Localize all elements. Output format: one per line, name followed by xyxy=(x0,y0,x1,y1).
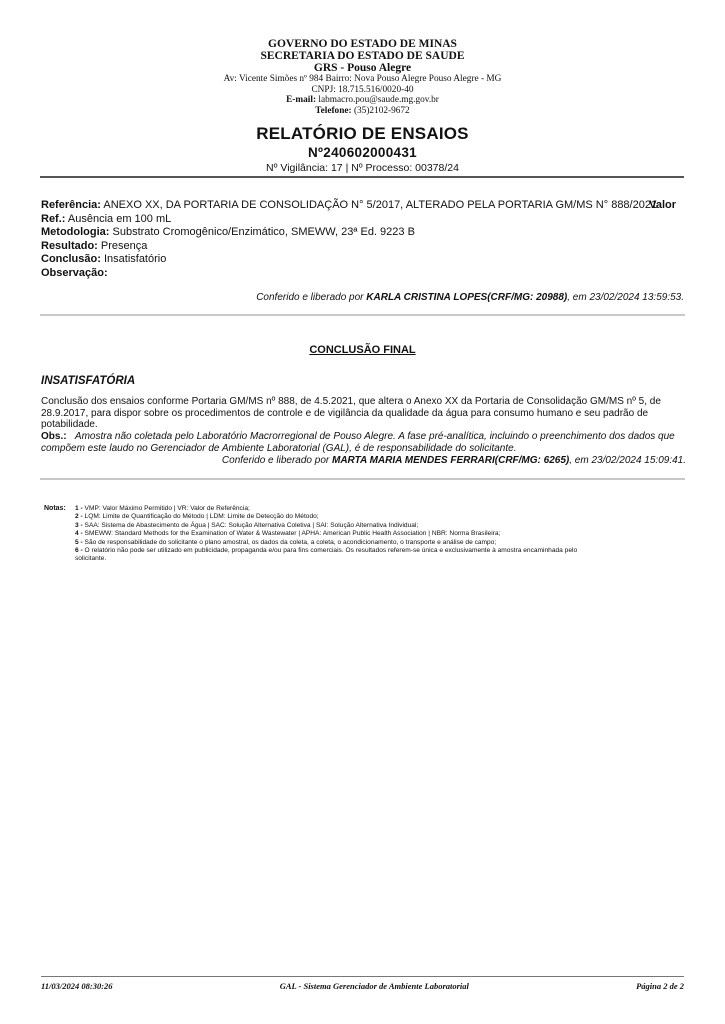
obs-label: Obs.: xyxy=(41,431,67,442)
page-footer: 11/03/2024 08:30:26 GAL - Sistema Gerenc… xyxy=(41,981,684,991)
observacao-label: Observação: xyxy=(41,267,108,279)
conclusao-label: Conclusão: xyxy=(41,253,101,265)
note-item: 5 - São de responsabilidade do solicitan… xyxy=(75,539,694,547)
header-secretariat: SECRETARIA DO ESTADO DE SAUDE xyxy=(0,50,725,62)
observacao-row: Observação: xyxy=(41,267,686,281)
footer-system: GAL - Sistema Gerenciador de Ambiente La… xyxy=(280,981,469,991)
email-value: labmacro.pou@saude.mg.gov.br xyxy=(318,95,439,105)
header-phone: Telefone: (35)2102-9672 xyxy=(0,106,725,117)
institution-header: GOVERNO DO ESTADO DE MINAS SECRETARIA DO… xyxy=(0,38,725,116)
metodologia-value: Substrato Cromogênico/Enzimático, SMEWW,… xyxy=(113,226,415,238)
footer-divider xyxy=(41,976,684,977)
final-conclusion-title: CONCLUSÃO FINAL xyxy=(0,344,725,356)
release-date: , em 23/02/2024 13:59:53. xyxy=(567,292,684,303)
title-divider xyxy=(40,176,684,178)
observation-paragraph: Obs.: Amostra não coletada pelo Laborató… xyxy=(41,431,686,454)
note-item: 6 - O relatório não pode ser utilizado e… xyxy=(75,547,595,564)
phone-value: (35)2102-9672 xyxy=(354,106,410,116)
header-cnpj: CNPJ: 18.715.516/0020-40 xyxy=(0,85,725,96)
report-title-block: RELATÓRIO DE ENSAIOS Nº240602000431 Nº V… xyxy=(0,124,725,175)
ref-label: Ref.: xyxy=(41,213,65,225)
metodologia-row: Metodologia: Substrato Cromogênico/Enzim… xyxy=(41,226,686,240)
referencia-value: ANEXO XX, DA PORTARIA DE CONSOLIDAÇÃO N°… xyxy=(103,199,657,211)
final-status: INSATISFATÓRIA xyxy=(41,375,135,387)
notes-list: 1 - VMP: Valor Máximo Permitido | VR: Va… xyxy=(75,505,694,564)
report-number: Nº240602000431 xyxy=(0,145,725,161)
ref-value: Ausência em 100 mL xyxy=(68,213,171,225)
note-item: 2 - LQM: Limite de Quantificação do Méto… xyxy=(75,513,694,521)
phone-label: Telefone: xyxy=(315,106,351,116)
conclusion-paragraph: Conclusão dos ensaios conforme Portaria … xyxy=(41,396,686,431)
resultado-row: Resultado: Presença xyxy=(41,240,686,254)
obs-text: Amostra não coletada pelo Laboratório Ma… xyxy=(41,431,675,454)
report-title: RELATÓRIO DE ENSAIOS xyxy=(0,124,725,143)
email-label: E-mail: xyxy=(286,95,316,105)
final-release-signer: MARTA MARIA MENDES FERRARI(CRF/MG: 6265) xyxy=(332,455,569,466)
final-release-note: Conferido e liberado por MARTA MARIA MEN… xyxy=(41,455,686,467)
resultado-label: Resultado: xyxy=(41,240,98,252)
ref-row: Ref.: Ausência em 100 mL xyxy=(41,213,686,227)
note-item: 4 - SMEWW: Standard Methods for the Exam… xyxy=(75,530,694,538)
notes-label: Notas: xyxy=(44,505,66,513)
resultado-value: Presença xyxy=(101,240,147,252)
referencia-label: Referência: xyxy=(41,199,101,211)
release-prefix: Conferido e liberado por xyxy=(256,292,363,303)
referencia-row: Referência: ANEXO XX, DA PORTARIA DE CON… xyxy=(41,199,686,213)
header-grs: GRS - Pouso Alegre xyxy=(0,62,725,74)
result-divider xyxy=(40,314,685,316)
release-signer: KARLA CRISTINA LOPES(CRF/MG: 20988) xyxy=(366,292,567,303)
header-address: Av: Vicente Simões nº 984 Bairro: Nova P… xyxy=(0,74,725,85)
notes-section: Notas: 1 - VMP: Valor Máximo Permitido |… xyxy=(44,505,694,564)
metodologia-label: Metodologia: xyxy=(41,226,109,238)
test-result: Referência: ANEXO XX, DA PORTARIA DE CON… xyxy=(41,199,686,281)
valor-label: Valor xyxy=(649,199,676,213)
header-email: E-mail: labmacro.pou@saude.mg.gov.br xyxy=(0,95,725,106)
note-item: 1 - VMP: Valor Máximo Permitido | VR: Va… xyxy=(75,505,694,513)
report-meta: Nº Vigilância: 17 | Nº Processo: 00378/2… xyxy=(0,162,725,175)
footer-timestamp: 11/03/2024 08:30:26 xyxy=(41,981,113,991)
conclusao-row: Conclusão: Insatisfatório xyxy=(41,253,686,267)
conclusion-divider xyxy=(40,478,685,480)
header-government: GOVERNO DO ESTADO DE MINAS xyxy=(0,38,725,50)
result-release-note: Conferido e liberado por KARLA CRISTINA … xyxy=(256,292,684,303)
final-release-prefix: Conferido e liberado por xyxy=(222,455,329,466)
note-item: 3 - SAA: Sistema de Abastecimento de Águ… xyxy=(75,522,694,530)
conclusao-value: Insatisfatório xyxy=(104,253,166,265)
final-conclusion-text: Conclusão dos ensaios conforme Portaria … xyxy=(41,396,686,466)
final-release-date: , em 23/02/2024 15:09:41. xyxy=(569,455,686,466)
footer-page-number: Página 2 de 2 xyxy=(636,981,684,991)
